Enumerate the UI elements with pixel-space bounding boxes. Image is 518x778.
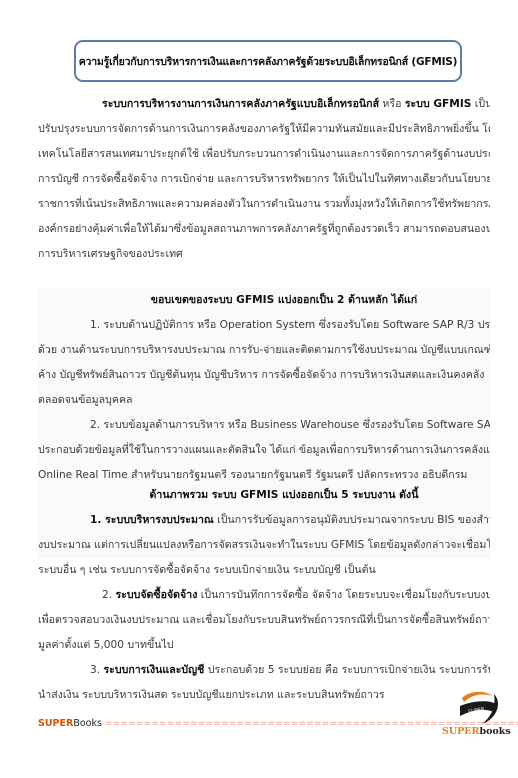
- logo-books: books: [479, 726, 510, 737]
- intro-paragraph: ระบบการบริหารงานการเงินการคลังภาครัฐแบบอ…: [38, 92, 490, 267]
- item-text: ประกอบด้วย 5 ระบบย่อย คือ ระบบการเบิกจ่า…: [204, 664, 490, 676]
- item-number: 2.: [102, 589, 115, 601]
- superbooks-logo: SUPER SUPERbooks: [440, 690, 512, 742]
- intro-term-thai: ระบบการบริหารงานการเงินการคลังภาครัฐแบบอ…: [102, 98, 379, 110]
- overview-line: เพื่อตรวจสอบวงเงินงบประมาณ และเชื่อมโยงก…: [38, 608, 490, 633]
- intro-line: องค์กรอย่างคุ้มค่าเพื่อให้ได้มาซึ่งข้อมู…: [38, 217, 490, 242]
- overview-item-1: 1. ระบบบริหารงบประมาณ เป็นการรับข้อมูลกา…: [38, 508, 490, 533]
- intro-line: ระบบการบริหารงานการเงินการคลังภาครัฐแบบอ…: [38, 92, 490, 117]
- item-title: ระบบบริหารงบประมาณ: [105, 514, 214, 526]
- intro-text: เป็นการเนินงาน: [471, 98, 490, 110]
- overview-item-2: 2. ระบบจัดซื้อจัดจ้าง เป็นการบันทึกการจั…: [38, 583, 490, 608]
- scope-line: ตลอดจนข้อมูลบุคคล: [38, 388, 490, 413]
- intro-line: ราชการที่เน้นประสิทธิภาพและความคล่องตัวใ…: [38, 192, 490, 217]
- intro-line: การบัญชี การจัดซื้อจัดจ้าง การเบิกจ่าย แ…: [38, 167, 490, 192]
- logo-super: SUPER: [442, 726, 479, 737]
- intro-term-gfmis: ระบบ GFMIS: [405, 98, 472, 110]
- overview-section: ด้านภาพรวม ระบบ GFMIS แบ่งออกเป็น 5 ระบบ…: [38, 483, 490, 708]
- intro-line: การบริหารเศรษฐกิจของประเทศ: [38, 242, 490, 267]
- item-title: ระบบจัดซื้อจัดจ้าง: [115, 589, 197, 601]
- overview-line: ระบบอื่น ๆ เช่น ระบบการจัดซื้อจัดจ้าง ระ…: [38, 558, 490, 583]
- item-text: เป็นการบันทึกการจัดซื้อ จัดจ้าง โดยระบบจ…: [197, 589, 490, 601]
- scope-section: ขอบเขตของระบบ GFMIS แบ่งออกเป็น 2 ด้านหล…: [38, 288, 490, 513]
- intro-line: ปรับปรุงระบบการจัดการด้านการเงินการคลังข…: [38, 117, 490, 142]
- overview-line: นำส่งเงิน ระบบบริหารเงินสด ระบบบัญชีแยกป…: [38, 683, 490, 708]
- scope-heading: ขอบเขตของระบบ GFMIS แบ่งออกเป็น 2 ด้านหล…: [38, 288, 490, 313]
- footer-brand-books: Books: [73, 718, 102, 729]
- item-number: 1.: [90, 514, 105, 526]
- swoosh-logo-icon: SUPER: [440, 690, 512, 730]
- footer-brand-super: SUPER: [38, 718, 73, 729]
- scope-line: ค้าง บัญชีทรัพย์สินถาวร บัญชีต้นทุน บัญช…: [38, 363, 490, 388]
- document-title-box: ความรู้เกี่ยวกับการบริหารการเงินและการคล…: [74, 40, 462, 82]
- scope-line: 1. ระบบด้านปฏิบัติการ หรือ Operation Sys…: [38, 313, 490, 338]
- scope-line: ด้วย งานด้านระบบการบริหารงบประมาณ การรับ…: [38, 338, 490, 363]
- overview-line: มูลค่าตั้งแต่ 5,000 บาทขึ้นไป: [38, 633, 490, 658]
- overview-heading: ด้านภาพรวม ระบบ GFMIS แบ่งออกเป็น 5 ระบบ…: [38, 483, 490, 508]
- scope-line: 2. ระบบข้อมูลด้านการบริหาร หรือ Business…: [38, 413, 490, 438]
- intro-line: เทคโนโลยีสารสนเทศมาประยุกต์ใช้ เพื่อปรับ…: [38, 142, 490, 167]
- item-title: ระบบการเงินและบัญชี: [103, 664, 204, 676]
- item-number: 3.: [90, 664, 103, 676]
- intro-text: หรือ: [379, 98, 405, 110]
- overview-line: งบประมาณ แต่การเปลี่ยนแปลงหรือการจัดสรรเ…: [38, 533, 490, 558]
- item-text: เป็นการรับข้อมูลการอนุมัติงบประมาณจากระบ…: [214, 514, 490, 526]
- overview-item-3: 3. ระบบการเงินและบัญชี ประกอบด้วย 5 ระบบ…: [38, 658, 490, 683]
- logo-wordmark: SUPERbooks: [442, 726, 511, 737]
- scope-line: ประกอบด้วยข้อมูลที่ใช้ในการวางแผนและตัดส…: [38, 438, 490, 463]
- document-title: ความรู้เกี่ยวกับการบริหารการเงินและการคล…: [79, 53, 458, 70]
